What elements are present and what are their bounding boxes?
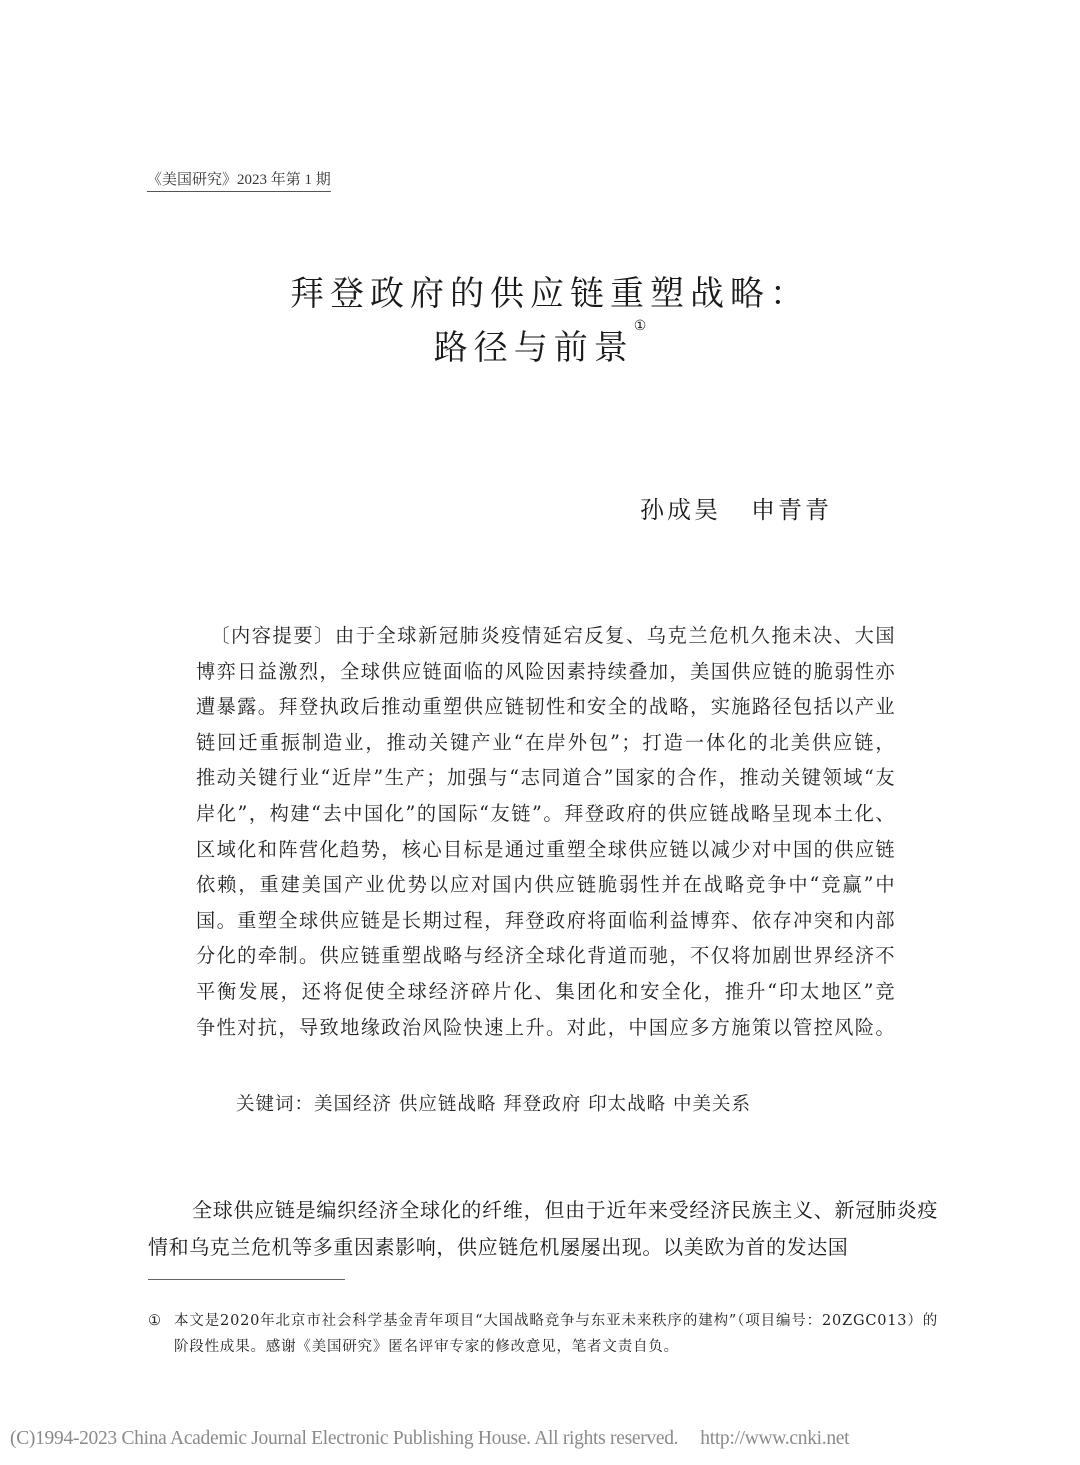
title-text-line-1: 拜登政府的供应链重塑战略：: [290, 274, 810, 314]
footnote-divider: [148, 1279, 345, 1280]
keywords-list: 美国经济 供应链战略 拜登政府 印太战略 中美关系: [314, 1094, 751, 1115]
author-2: 申青青: [751, 496, 832, 524]
copyright-notice: (C)1994-2023 China Academic Journal Elec…: [10, 1428, 1070, 1450]
author-1: 孙成昊: [640, 496, 721, 524]
article-title-line-1: 拜登政府的供应链重塑战略：: [0, 266, 1080, 315]
abstract: 〔内容提要〕由于全球新冠肺炎疫情延宕反复、乌克兰危机久拖未决、大国博弈日益激烈，…: [196, 618, 896, 1045]
copyright-text: (C)1994-2023 China Academic Journal Elec…: [10, 1428, 678, 1449]
publisher-link[interactable]: http://www.cnki.net: [700, 1428, 849, 1449]
author-list: 孙成昊申青青: [640, 490, 832, 525]
footnote-marker: ①: [148, 1308, 161, 1334]
article-title-line-2: 路径与前景①: [0, 320, 1080, 369]
title-text-line-2: 路径与前景: [434, 328, 634, 368]
journal-header: 《美国研究》2023 年第 1 期: [147, 170, 331, 192]
footnote-text: 本文是2020年北京市社会科学基金青年项目“大国战略竞争与东亚未来秩序的建构”（…: [148, 1308, 938, 1360]
body-paragraph: 全球供应链是编织经济全球化的纤维，但由于近年来受经济民族主义、新冠肺炎疫情和乌克…: [148, 1192, 938, 1266]
keywords: 关键词：美国经济 供应链战略 拜登政府 印太战略 中美关系: [236, 1090, 751, 1116]
abstract-label: 〔内容提要〕: [210, 624, 335, 647]
title-footnote-marker[interactable]: ①: [634, 318, 647, 334]
keywords-label: 关键词：: [236, 1094, 314, 1115]
abstract-text: 由于全球新冠肺炎疫情延宕反复、乌克兰危机久拖未决、大国博弈日益激烈，全球供应链面…: [196, 624, 896, 1039]
footnote: ① 本文是2020年北京市社会科学基金青年项目“大国战略竞争与东亚未来秩序的建构…: [148, 1308, 938, 1360]
